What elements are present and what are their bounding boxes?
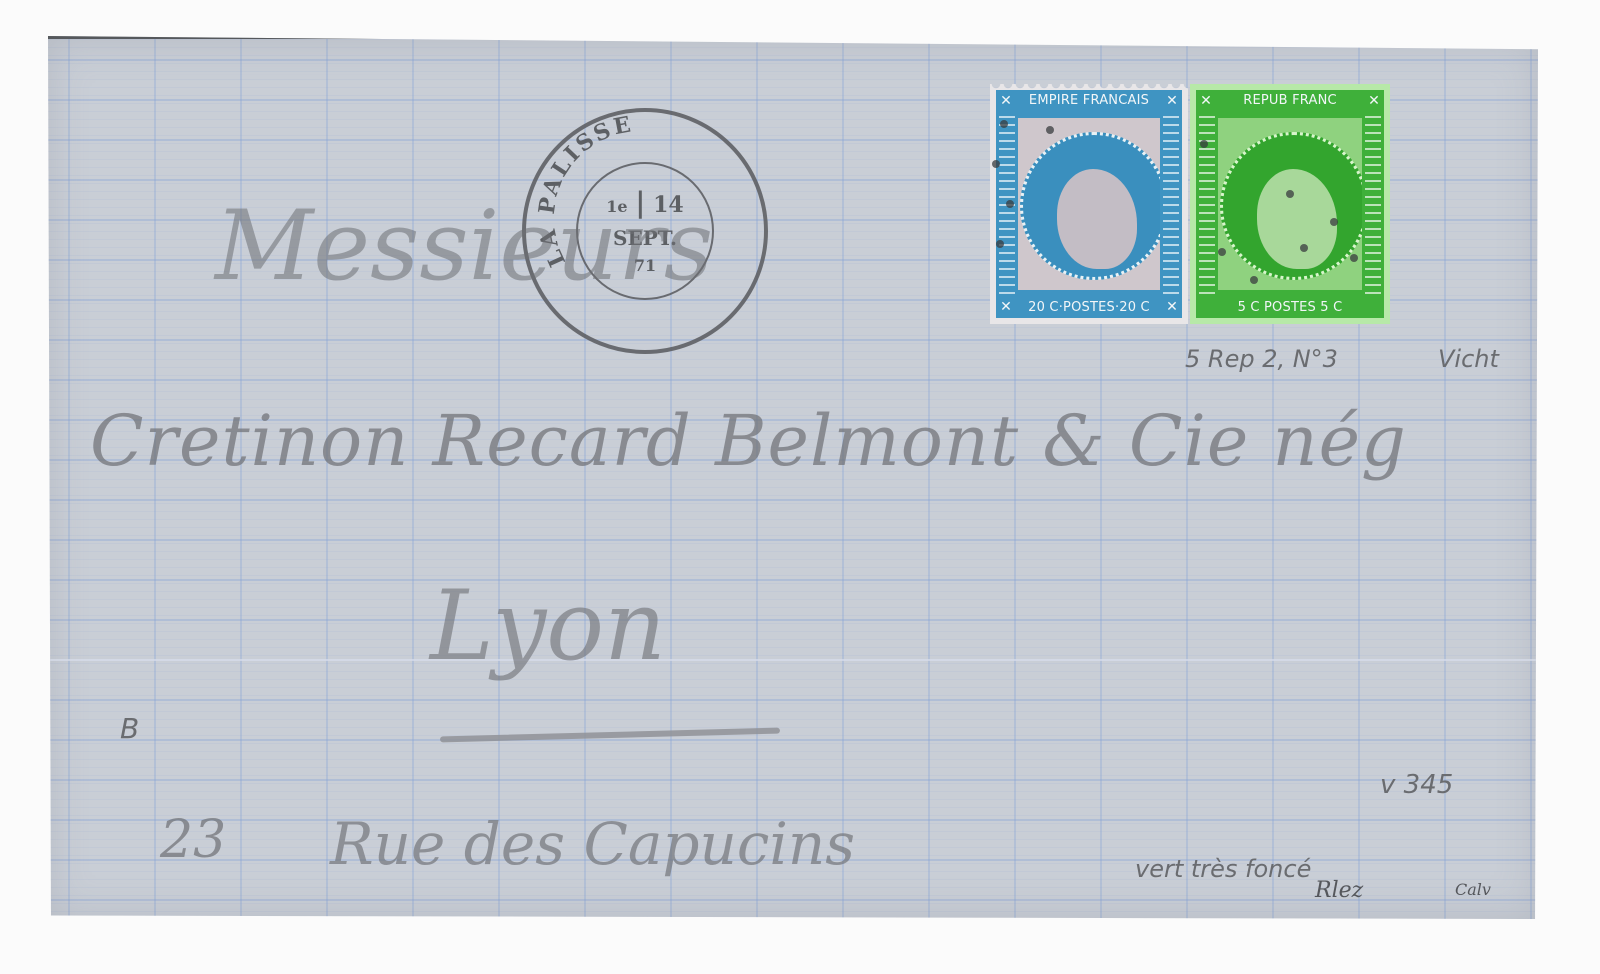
ceres-head-icon: [1257, 169, 1337, 269]
cancel-dot: [1300, 244, 1308, 252]
corner-cross-icon: ✕: [1163, 298, 1181, 316]
cancel-dot: [1286, 190, 1294, 198]
stamp-top-label: REPUB FRANC: [1216, 93, 1364, 108]
stamp-bottom-label: 5 C POSTES 5 C: [1216, 300, 1364, 315]
cancel-dot: [992, 160, 1000, 168]
annotation-position: 5 Rep 2, N°3: [1185, 345, 1338, 373]
cancel-dot: [1000, 120, 1008, 128]
stamp-top-label: EMPIRE FRANCAIS: [1016, 93, 1162, 108]
stamp-medallion: [1018, 118, 1160, 290]
cancel-dot: [1330, 218, 1338, 226]
fold-line: [48, 659, 1538, 661]
corner-cross-icon: ✕: [1365, 92, 1383, 110]
greek-key-border: [1365, 114, 1381, 294]
stamp-napoleon-20c: ✕ ✕ ✕ ✕ EMPIRE FRANCAIS 20 C·POSTES·20 C: [990, 84, 1188, 324]
stamp-frame: ✕ ✕ REPUB FRANC 5 C POSTES 5 C: [1196, 90, 1384, 318]
corner-cross-icon: ✕: [997, 92, 1015, 110]
annotation-color-note: vert très foncé: [1135, 855, 1311, 883]
expert-signature: Calv: [1455, 880, 1491, 899]
portrait-circle: [1220, 132, 1362, 280]
laureate-head-icon: [1057, 169, 1137, 269]
address-city: Lyon: [430, 570, 666, 682]
portrait-circle: [1020, 132, 1160, 280]
greek-key-border: [1163, 114, 1179, 294]
corner-cross-icon: ✕: [1163, 92, 1181, 110]
expert-signature: Rlez: [1315, 878, 1363, 903]
corner-cross-icon: ✕: [997, 298, 1015, 316]
cancel-dot: [1350, 254, 1358, 262]
cancel-dot: [1200, 140, 1208, 148]
annotation-note: Vicht: [1438, 345, 1499, 373]
cancel-dot: [1250, 276, 1258, 284]
cancel-dot: [996, 240, 1004, 248]
cancel-dot: [1218, 248, 1226, 256]
cancel-dot: [1046, 126, 1054, 134]
annotation-mark: B: [120, 712, 139, 745]
stamp-medallion: [1218, 118, 1362, 290]
address-street-number: 23: [160, 810, 226, 870]
stamp-frame: ✕ ✕ ✕ ✕ EMPIRE FRANCAIS 20 C·POSTES·20 C: [996, 90, 1182, 318]
cancel-dot: [1006, 200, 1014, 208]
stamp-bottom-label: 20 C·POSTES·20 C: [1016, 300, 1162, 315]
address-street: Rue des Capucins: [330, 810, 855, 878]
address-salutation: Messieurs: [215, 190, 713, 302]
annotation-catalog: v 345: [1380, 770, 1453, 800]
address-recipient: Cretinon Recard Belmont & Cie nég: [90, 400, 1407, 482]
stamp-ceres-5c: ✕ ✕ REPUB FRANC 5 C POSTES 5 C: [1190, 84, 1390, 324]
corner-cross-icon: ✕: [1197, 92, 1215, 110]
